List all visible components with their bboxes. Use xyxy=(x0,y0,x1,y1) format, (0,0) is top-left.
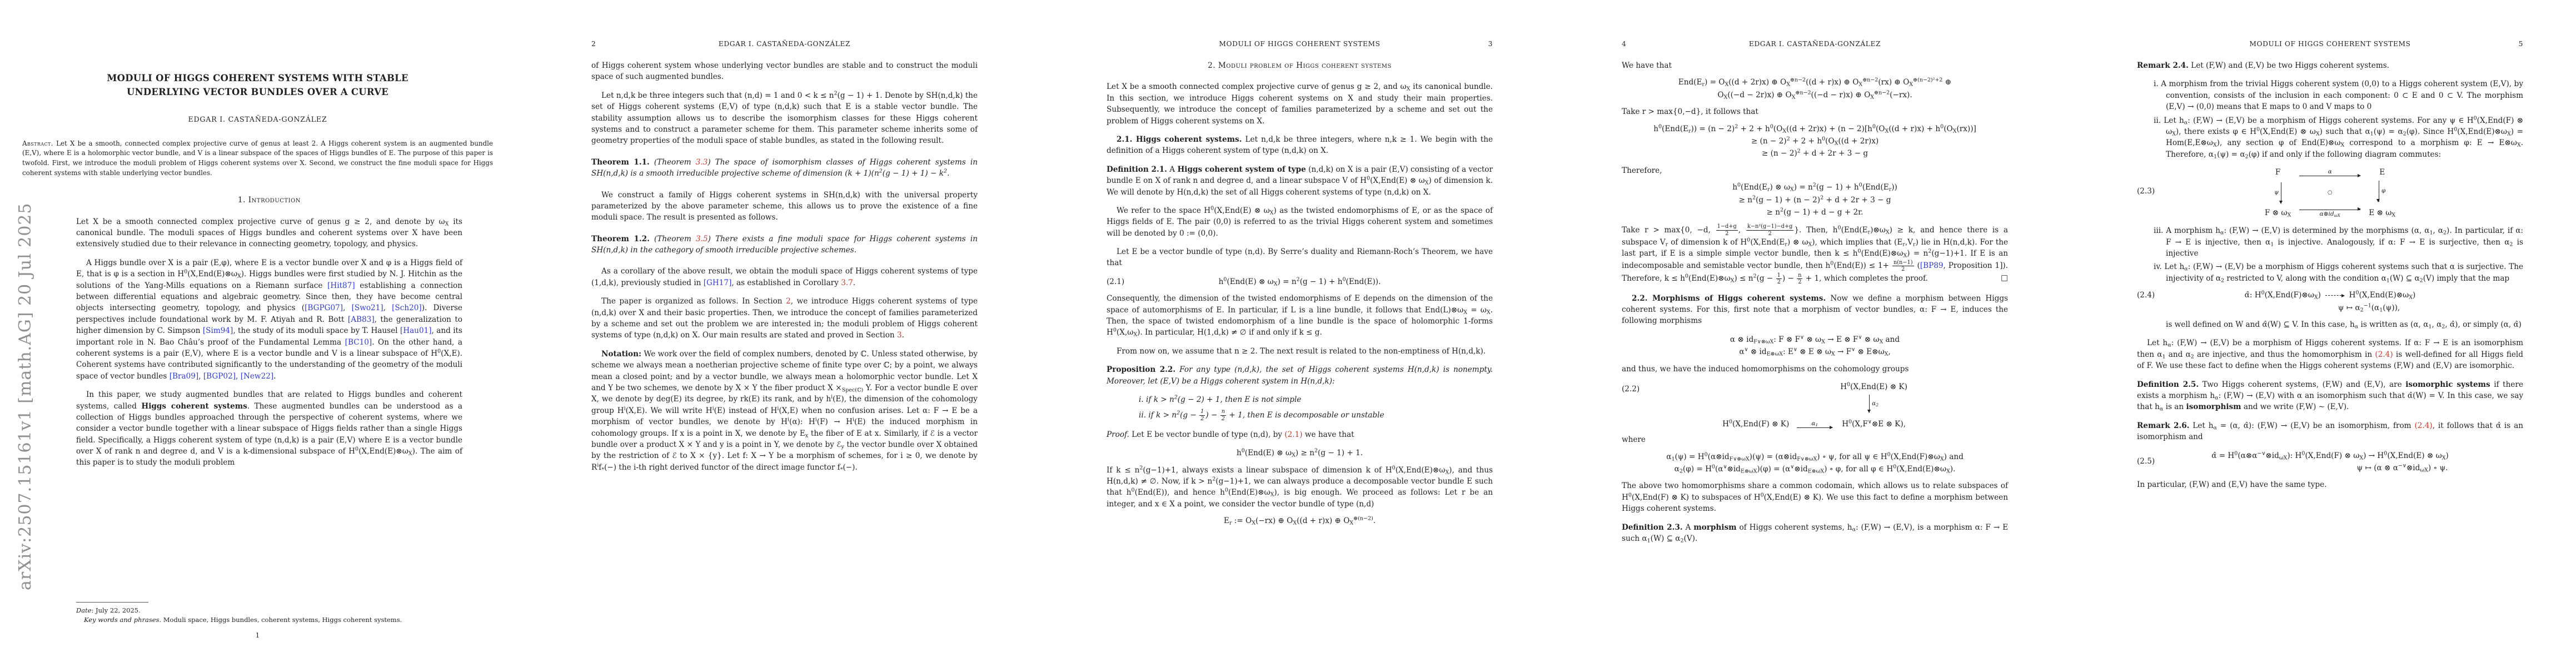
citation-link[interactable]: [BGPG07] xyxy=(305,303,343,312)
down-arrow xyxy=(2379,181,2379,202)
equation-line: OX((−d − 2r)x) ⊕ OX⊕n−2((−d − r)x) ⊕ OX⊕… xyxy=(1622,89,2008,101)
equation-line: h0(End(Er) ⊗ ωX) = n2(g − 1) + h0(End(Er… xyxy=(1622,182,2008,193)
arrow-label: ψ xyxy=(2274,190,2279,196)
abstract: Abstract. Let X be a smooth, connected c… xyxy=(22,139,493,178)
footnote-date: Date: July 22, 2025. xyxy=(76,606,462,615)
proof-lead: Proof. Let E be vector bundle of type (n… xyxy=(1107,429,1493,440)
paragraph: If k ≤ n2(g−1)+1, always exists a linear… xyxy=(1107,465,1493,510)
equation-EndEr: End(Er) = OX((d + 2r)x) ⊕ OX⊕n−2((d + r)… xyxy=(1622,77,2008,101)
paragraph-text: Take r > max{0, −d, 1−d+g2, k−n²(g−1)−d+… xyxy=(1622,226,2008,283)
paragraph: of Higgs coherent system whose underlyin… xyxy=(591,60,978,83)
equation-line: ψ ↦ (α ⊗ α−∨⊗idωX) ∘ ψ. xyxy=(2137,462,2523,474)
remark-item-iii: iii. A morphism hα: (F,W) → (E,V) is det… xyxy=(2137,225,2523,259)
paragraph: Let hα: (F,W) → (E,V) be a morphism of H… xyxy=(2137,337,2523,371)
internal-ref[interactable]: 3.7 xyxy=(841,278,853,287)
internal-ref[interactable]: 3.5 xyxy=(696,235,708,243)
paragraph: As a corollary of the above result, we o… xyxy=(591,266,978,288)
page-number: 5 xyxy=(2519,40,2523,48)
equation-line: h0(End(Er)) = (n − 2)2 + 2 + h0(OX((d + … xyxy=(1622,123,2008,135)
arrow-label: α⊗idωX xyxy=(2320,211,2340,217)
paragraph: Take r > max{0, −d, 1−d+g2, k−n²(g−1)−d+… xyxy=(1622,223,2008,285)
internal-ref[interactable]: (2.4) xyxy=(2375,350,2393,359)
page-number: 3 xyxy=(1488,40,1493,48)
paragraph: Let X be a smooth connected complex proj… xyxy=(76,216,462,250)
running-head: 2 EDGAR I. CASTAÑEDA-GONZÁLEZ xyxy=(591,40,978,48)
running-head: MODULI OF HIGGS COHERENT SYSTEMS 5 xyxy=(2137,40,2523,48)
paragraph: Let E be a vector bundle of type (n,d). … xyxy=(1107,246,1493,269)
equation-2-4: (2.4) α̂: H0(X,End(F)⊗ωX) H0(X,End(E)⊗ωX… xyxy=(2137,290,2523,313)
running-head-text: MODULI OF HIGGS COHERENT SYSTEMS xyxy=(2249,40,2410,48)
down-arrow xyxy=(1869,395,1870,412)
arrow-label: α2 xyxy=(1872,401,1879,407)
footnote: Date: July 22, 2025. Key words and phras… xyxy=(76,602,462,625)
equation-2-5: (2.5) α̂ = H0(α⊗α−∨⊗idωX): H0(X,End(F) ⊗… xyxy=(2137,450,2523,474)
running-head-text: MODULI OF HIGGS COHERENT SYSTEMS xyxy=(1219,40,1380,48)
page-1: arXiv:2507.15161v1 [math.AG] 20 Jul 2025… xyxy=(0,0,515,667)
subsection-2-2: 2.2. Morphisms of Higgs coherent systems… xyxy=(1622,293,2008,327)
paragraph: Therefore, xyxy=(1622,165,2008,176)
paper-title-line1: MODULI OF HIGGS COHERENT SYSTEMS WITH ST… xyxy=(0,71,515,85)
citation-link[interactable]: [Sim94] xyxy=(203,326,233,335)
paper-title-line2: UNDERLYING VECTOR BUNDLES OVER A CURVE xyxy=(0,85,515,99)
equation-body: h0(End(E) ⊗ ωX) ≥ n2(g − 1) + 1. xyxy=(1237,449,1363,457)
abstract-text: Let X be a smooth, connected complex pro… xyxy=(22,140,493,177)
citation-link[interactable]: [Hit87] xyxy=(327,281,355,290)
commute-circle: ○ xyxy=(2296,188,2363,197)
arrow-label: α1 xyxy=(1811,421,1818,427)
equation-line: ≥ (n − 2)2 + d + 2r + 3 − g xyxy=(1622,148,2008,159)
paragraph: The above two homomorphisms share a comm… xyxy=(1622,480,2008,514)
page-4: 4 EDGAR I. CASTAÑEDA-GONZÁLEZ We have th… xyxy=(1546,0,2061,667)
citation-link[interactable]: [AB83] xyxy=(348,315,375,324)
diagram-node: E xyxy=(2369,167,2395,178)
running-head-text: EDGAR I. CASTAÑEDA-GONZÁLEZ xyxy=(719,40,850,48)
paragraph: We have that xyxy=(1622,60,2008,71)
citation-link[interactable]: [BP89 xyxy=(1920,261,1944,270)
diagram-node: F ⊗ ωX xyxy=(2265,207,2291,218)
citation-link[interactable]: [New22] xyxy=(241,372,273,381)
paragraph: We refer to the space H0(X,End(E) ⊗ ωX) … xyxy=(1107,205,1493,239)
paragraph: Consequently, the dimension of the twist… xyxy=(1107,293,1493,339)
proposition-item-ii: ii. if k > n2(g − 12) − n2 + 1, then E i… xyxy=(1139,409,1493,422)
equation-part: H0(X,End(E)⊗ωX) xyxy=(2349,291,2416,300)
paragraph: In particular, (F,W) and (E,V) have the … xyxy=(2137,479,2523,490)
equation-2-2-diagram: (2.2) H0(X,End(E) ⊗ K) α2 H0(X,End(F) ⊗ … xyxy=(1622,381,2008,430)
internal-ref[interactable]: 3 xyxy=(897,331,902,340)
paragraph: A Higgs bundle over X is a pair (E,φ), w… xyxy=(76,257,462,382)
page-number: 2 xyxy=(591,40,596,48)
citation-link[interactable]: [GH17] xyxy=(704,278,732,287)
diagram-node: H0(X,F∨⊗E ⊗ K), xyxy=(1840,419,1907,430)
footnote-keywords: Key words and phrases. Moduli space, Hig… xyxy=(76,615,462,625)
equation-alpha12: α1(ψ) = H0(α⊗idF∨⊗ωX)(ψ) = (α⊗idF∨⊗ωX) ∘… xyxy=(1622,451,2008,475)
equation-morphisms: α ⊗ idF∨⊗ωX: F ⊗ F∨ ⊗ ωX → E ⊗ F∨ ⊗ ωX a… xyxy=(1622,334,2008,358)
equation-part: α̂: H0(X,End(F)⊗ωX) xyxy=(2245,291,2321,300)
proposition-2-2: Proposition 2.2. For any type (n,d,k), t… xyxy=(1107,364,1493,387)
abstract-label: Abstract. xyxy=(22,140,53,147)
citation-link[interactable]: [BGP02] xyxy=(203,372,236,381)
paragraph: Take r > max{0,−d}, it follows that xyxy=(1622,106,2008,117)
paper-view: arXiv:2507.15161v1 [math.AG] 20 Jul 2025… xyxy=(0,0,2576,667)
paper-title: MODULI OF HIGGS COHERENT SYSTEMS WITH ST… xyxy=(0,71,515,99)
equation-tag: (2.3) xyxy=(2137,186,2155,197)
remark-2-6: Remark 2.6. Let hα = (α, α̂): (F,W) → (E… xyxy=(2137,420,2523,443)
definition-2-5: Definition 2.5. Two Higgs coherent syste… xyxy=(2137,379,2523,413)
page-3: MODULI OF HIGGS COHERENT SYSTEMS 3 2. Mo… xyxy=(1030,0,1546,667)
paragraph: Let n,d,k be three integers such that (n… xyxy=(591,90,978,147)
theorem-1-2: Theorem 1.2. (Theorem 3.5) There exists … xyxy=(591,233,978,256)
equation-line: α̂ = H0(α⊗α−∨⊗idωX): H0(X,End(F) ⊗ ωX) →… xyxy=(2137,450,2523,461)
running-head: MODULI OF HIGGS COHERENT SYSTEMS 3 xyxy=(1107,40,1493,48)
citation-link[interactable]: [Sch20] xyxy=(392,303,422,312)
internal-ref[interactable]: (2.1) xyxy=(1284,430,1302,439)
equation-line: ψ ↦ α2−1(α1(ψ)), xyxy=(2137,302,2523,313)
equation-therefore-chain: h0(End(Er) ⊗ ωX) = n2(g − 1) + h0(End(Er… xyxy=(1622,182,2008,218)
equation-line: α2(φ) = H0(α∨⊗idE⊗ωX)(φ) = (α∨⊗idE⊗ωX) ∘… xyxy=(1622,464,2008,475)
equation-line: ≥ n2(g − 1) + (n − 2)2 + d + 2r + 3 − g xyxy=(1622,195,2008,206)
diagram-node: E ⊗ ωX xyxy=(2369,207,2395,218)
diagram-node: F xyxy=(2265,167,2291,178)
remark-item-iv-cont: is well defined on W and α̂(W) ⊆ V. In t… xyxy=(2137,319,2523,330)
paragraph: In this paper, we study augmented bundle… xyxy=(76,389,462,469)
equation-tag: (2.1) xyxy=(1107,276,1124,287)
equation-line: End(Er) = OX((d + 2r)x) ⊕ OX⊕n−2((d + r)… xyxy=(1622,77,2008,88)
diagram-node: H0(X,End(E) ⊗ K) xyxy=(1840,381,1907,392)
section-heading-2: 2. Moduli problem of Higgs coherent syst… xyxy=(1107,60,1493,71)
page-number: 4 xyxy=(1622,40,1626,48)
diagram-node: H0(X,End(F) ⊗ K) xyxy=(1722,419,1789,430)
citation-link[interactable]: [Hau01] xyxy=(400,326,432,335)
remark-item-ii: ii. Let hα: (F,W) → (E,V) be a morphism … xyxy=(2137,115,2523,161)
remark-item-i: i. A morphism from the trivial Higgs coh… xyxy=(2137,78,2523,112)
equation-tag: (2.5) xyxy=(2137,456,2155,467)
section-heading-introduction: 1. Introduction xyxy=(76,195,462,206)
down-arrow xyxy=(2281,182,2281,203)
definition-2-3: Definition 2.3. A morphism of Higgs cohe… xyxy=(1622,522,2008,545)
right-arrow xyxy=(2299,176,2360,176)
paragraph: and thus, we have the induced homomorphi… xyxy=(1622,364,2008,375)
paragraph: Let X be a smooth connected complex proj… xyxy=(1107,81,1493,127)
running-head-text: EDGAR I. CASTAÑEDA-GONZÁLEZ xyxy=(1749,40,1881,48)
footnote-rule xyxy=(76,602,148,603)
equation-line: ≥ n2(g − 1) + d − g + 2r. xyxy=(1622,207,2008,218)
remark-2-4: Remark 2.4. Let (F,W) and (E,V) be two H… xyxy=(2137,60,2523,71)
subsection-2-1: 2.1. Higgs coherent systems. Let n,d,k b… xyxy=(1107,134,1493,157)
equation-line: α∨ ⊗ idE⊗ωX: E∨ ⊗ E ⊗ ωX → F∨ ⊗ E⊗ωX, xyxy=(1622,346,2008,357)
equation-line: ≥ (n − 2)2 + 2 + h0(OX((d + 2r)x) xyxy=(1622,136,2008,147)
equation-2-3-diagram: (2.3) F α E ψ ○ φ F ⊗ ωX α⊗idωX E ⊗ ωX xyxy=(2137,167,2523,218)
equation-body: h0(End(E) ⊗ ωX) = n2(g − 1) + h0(End(E))… xyxy=(1219,277,1381,286)
arrow-label: α xyxy=(2328,169,2332,175)
paper-author: EDGAR I. CASTAÑEDA-GONZÁLEZ xyxy=(0,115,515,123)
paragraph: The paper is organized as follows. In Se… xyxy=(591,296,978,341)
equation-Er: Er := OX(−rx) ⊕ OX((d + r)x) ⊕ OX⊕(n−2). xyxy=(1107,515,1493,526)
right-arrow xyxy=(2299,210,2360,210)
right-arrow xyxy=(1797,427,1832,428)
equation-line: α ⊗ idF∨⊗ωX: F ⊗ F∨ ⊗ ωX → E ⊗ F∨ ⊗ ωX a… xyxy=(1622,334,2008,345)
paragraph: From now on, we assume that n ≥ 2. The n… xyxy=(1107,346,1493,357)
citation-link[interactable]: [Bra09] xyxy=(170,372,199,381)
dashed-right-arrow xyxy=(2325,295,2344,296)
internal-ref[interactable]: 3.3 xyxy=(696,158,708,167)
internal-ref[interactable]: (2.4) xyxy=(2414,421,2432,430)
equation-2-1: (2.1) h0(End(E) ⊗ ωX) = n2(g − 1) + h0(E… xyxy=(1107,276,1493,287)
equation-proof: h0(End(E) ⊗ ωX) ≥ n2(g − 1) + 1. xyxy=(1107,447,1493,459)
equation-h0-chain: h0(End(Er)) = (n − 2)2 + 2 + h0(OX((d + … xyxy=(1622,123,2008,160)
page-2: 2 EDGAR I. CASTAÑEDA-GONZÁLEZ of Higgs c… xyxy=(515,0,1030,667)
paragraph: where xyxy=(1622,434,2008,445)
equation-tag: (2.4) xyxy=(2137,290,2155,301)
equation-tag: (2.2) xyxy=(1622,384,1640,395)
qed-box: □ xyxy=(2001,272,2008,283)
arrow-label: φ xyxy=(2381,188,2385,194)
internal-ref[interactable]: 2 xyxy=(786,297,791,306)
equation-body: Er := OX(−rx) ⊕ OX((d + r)x) ⊕ OX⊕(n−2). xyxy=(1224,516,1376,525)
theorem-1-1: Theorem 1.1. (Theorem 3.3) The space of … xyxy=(591,157,978,180)
citation-link[interactable]: [Swo21] xyxy=(352,303,383,312)
equation-line: α1(ψ) = H0(α⊗idF∨⊗ωX)(ψ) = (α⊗idF∨⊗ωX) ∘… xyxy=(1622,451,2008,462)
remark-item-iv: iv. Let hα: (F,W) → (E,V) be a morphism … xyxy=(2137,261,2523,284)
citation-link[interactable]: [BC10] xyxy=(345,338,372,347)
proposition-item-i: i. if k > n2(g − 2) + 1, then E is not s… xyxy=(1139,394,1493,405)
definition-2-1: Definition 2.1. A Higgs coherent system … xyxy=(1107,164,1493,198)
page-number: 1 xyxy=(0,631,515,639)
paragraph: We construct a family of Higgs coherent … xyxy=(591,190,978,223)
page-5: MODULI OF HIGGS COHERENT SYSTEMS 5 Remar… xyxy=(2061,0,2576,667)
notation-paragraph: Notation: We work over the field of comp… xyxy=(591,349,978,473)
arxiv-watermark: arXiv:2507.15161v1 [math.AG] 20 Jul 2025 xyxy=(16,203,35,590)
running-head: 4 EDGAR I. CASTAÑEDA-GONZÁLEZ xyxy=(1622,40,2008,48)
